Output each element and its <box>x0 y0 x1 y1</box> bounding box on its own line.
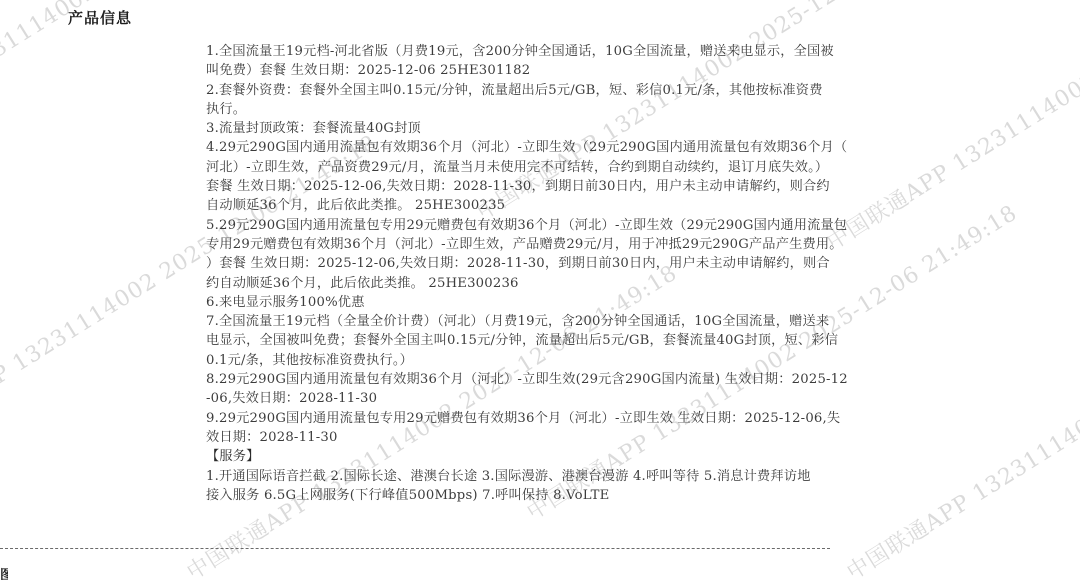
text-line: 9.29元290G国内通用流量包专用29元赠费包有效期36个月（河北）-立即生效… <box>206 409 1026 428</box>
text-line: 8.29元290G国内通用流量包有效期36个月（河北）-立即生效(29元含290… <box>206 370 1026 389</box>
section-divider <box>0 548 830 549</box>
text-line: 约自动顺延36个月，此后依此类推。 25HE300236 <box>206 274 1026 293</box>
text-line: 叫免费）套餐 生效日期：2025-12-06 25HE301182 <box>206 61 1026 80</box>
next-section-label: 图： <box>0 564 8 580</box>
text-line: 电显示，全国被叫免费；套餐外全国主叫0.15元/分钟，流量超出后5元/GB，套餐… <box>206 331 1026 350</box>
text-line: 河北）-立即生效，产品资费29元/月，流量当月未使用完不可结转，合约到期自动续约… <box>206 158 1026 177</box>
text-line: 自动顺延36个月，此后依此类推。 25HE300235 <box>206 196 1026 215</box>
text-line: 执行。 <box>206 100 1026 119</box>
text-line: 效日期：2028-11-30 <box>206 428 1026 447</box>
text-line: 0.1元/条，其他按标准资费执行。） <box>206 351 1026 370</box>
text-line: 1.全国流量王19元档-河北省版（月费19元，含200分钟全国通话，10G全国流… <box>206 42 1026 61</box>
text-line: 5.29元290G国内通用流量包专用29元赠费包有效期36个月（河北）-立即生效… <box>206 216 1026 235</box>
section-title-product-info: 产品信息 <box>68 7 132 28</box>
text-line: ）套餐 生效日期：2025-12-06,失效日期：2028-11-30，到期日前… <box>206 254 1026 273</box>
text-line: 套餐 生效日期：2025-12-06,失效日期：2028-11-30，到期日前3… <box>206 177 1026 196</box>
text-line: 3.流量封顶政策：套餐流量40G封顶 <box>206 119 1026 138</box>
text-line: 4.29元290G国内通用流量包有效期36个月（河北）-立即生效（29元290G… <box>206 138 1026 157</box>
services-heading: 【服务】 <box>206 447 1026 466</box>
text-line: 2.套餐外资费：套餐外全国主叫0.15元/分钟，流量超出后5元/GB，短、彩信0… <box>206 81 1026 100</box>
text-line: -06,失效日期：2028-11-30 <box>206 389 1026 408</box>
text-line: 6.来电显示服务100%优惠 <box>206 293 1026 312</box>
product-info-body: 1.全国流量王19元档-河北省版（月费19元，含200分钟全国通话，10G全国流… <box>206 42 1026 505</box>
text-line: 接入服务 6.5G上网服务(下行峰值500Mbps) 7.呼叫保持 8.VoLT… <box>206 486 1026 505</box>
text-line: 专用29元赠费包有效期36个月（河北）-立即生效，产品赠费29元/月，用于冲抵2… <box>206 235 1026 254</box>
text-line: 7.全国流量王19元档（全量全价计费）（河北）（月费19元，含200分钟全国通话… <box>206 312 1026 331</box>
text-line: 1.开通国际语音拦截 2.国际长途、港澳台长途 3.国际漫游、港澳台漫游 4.呼… <box>206 467 1026 486</box>
